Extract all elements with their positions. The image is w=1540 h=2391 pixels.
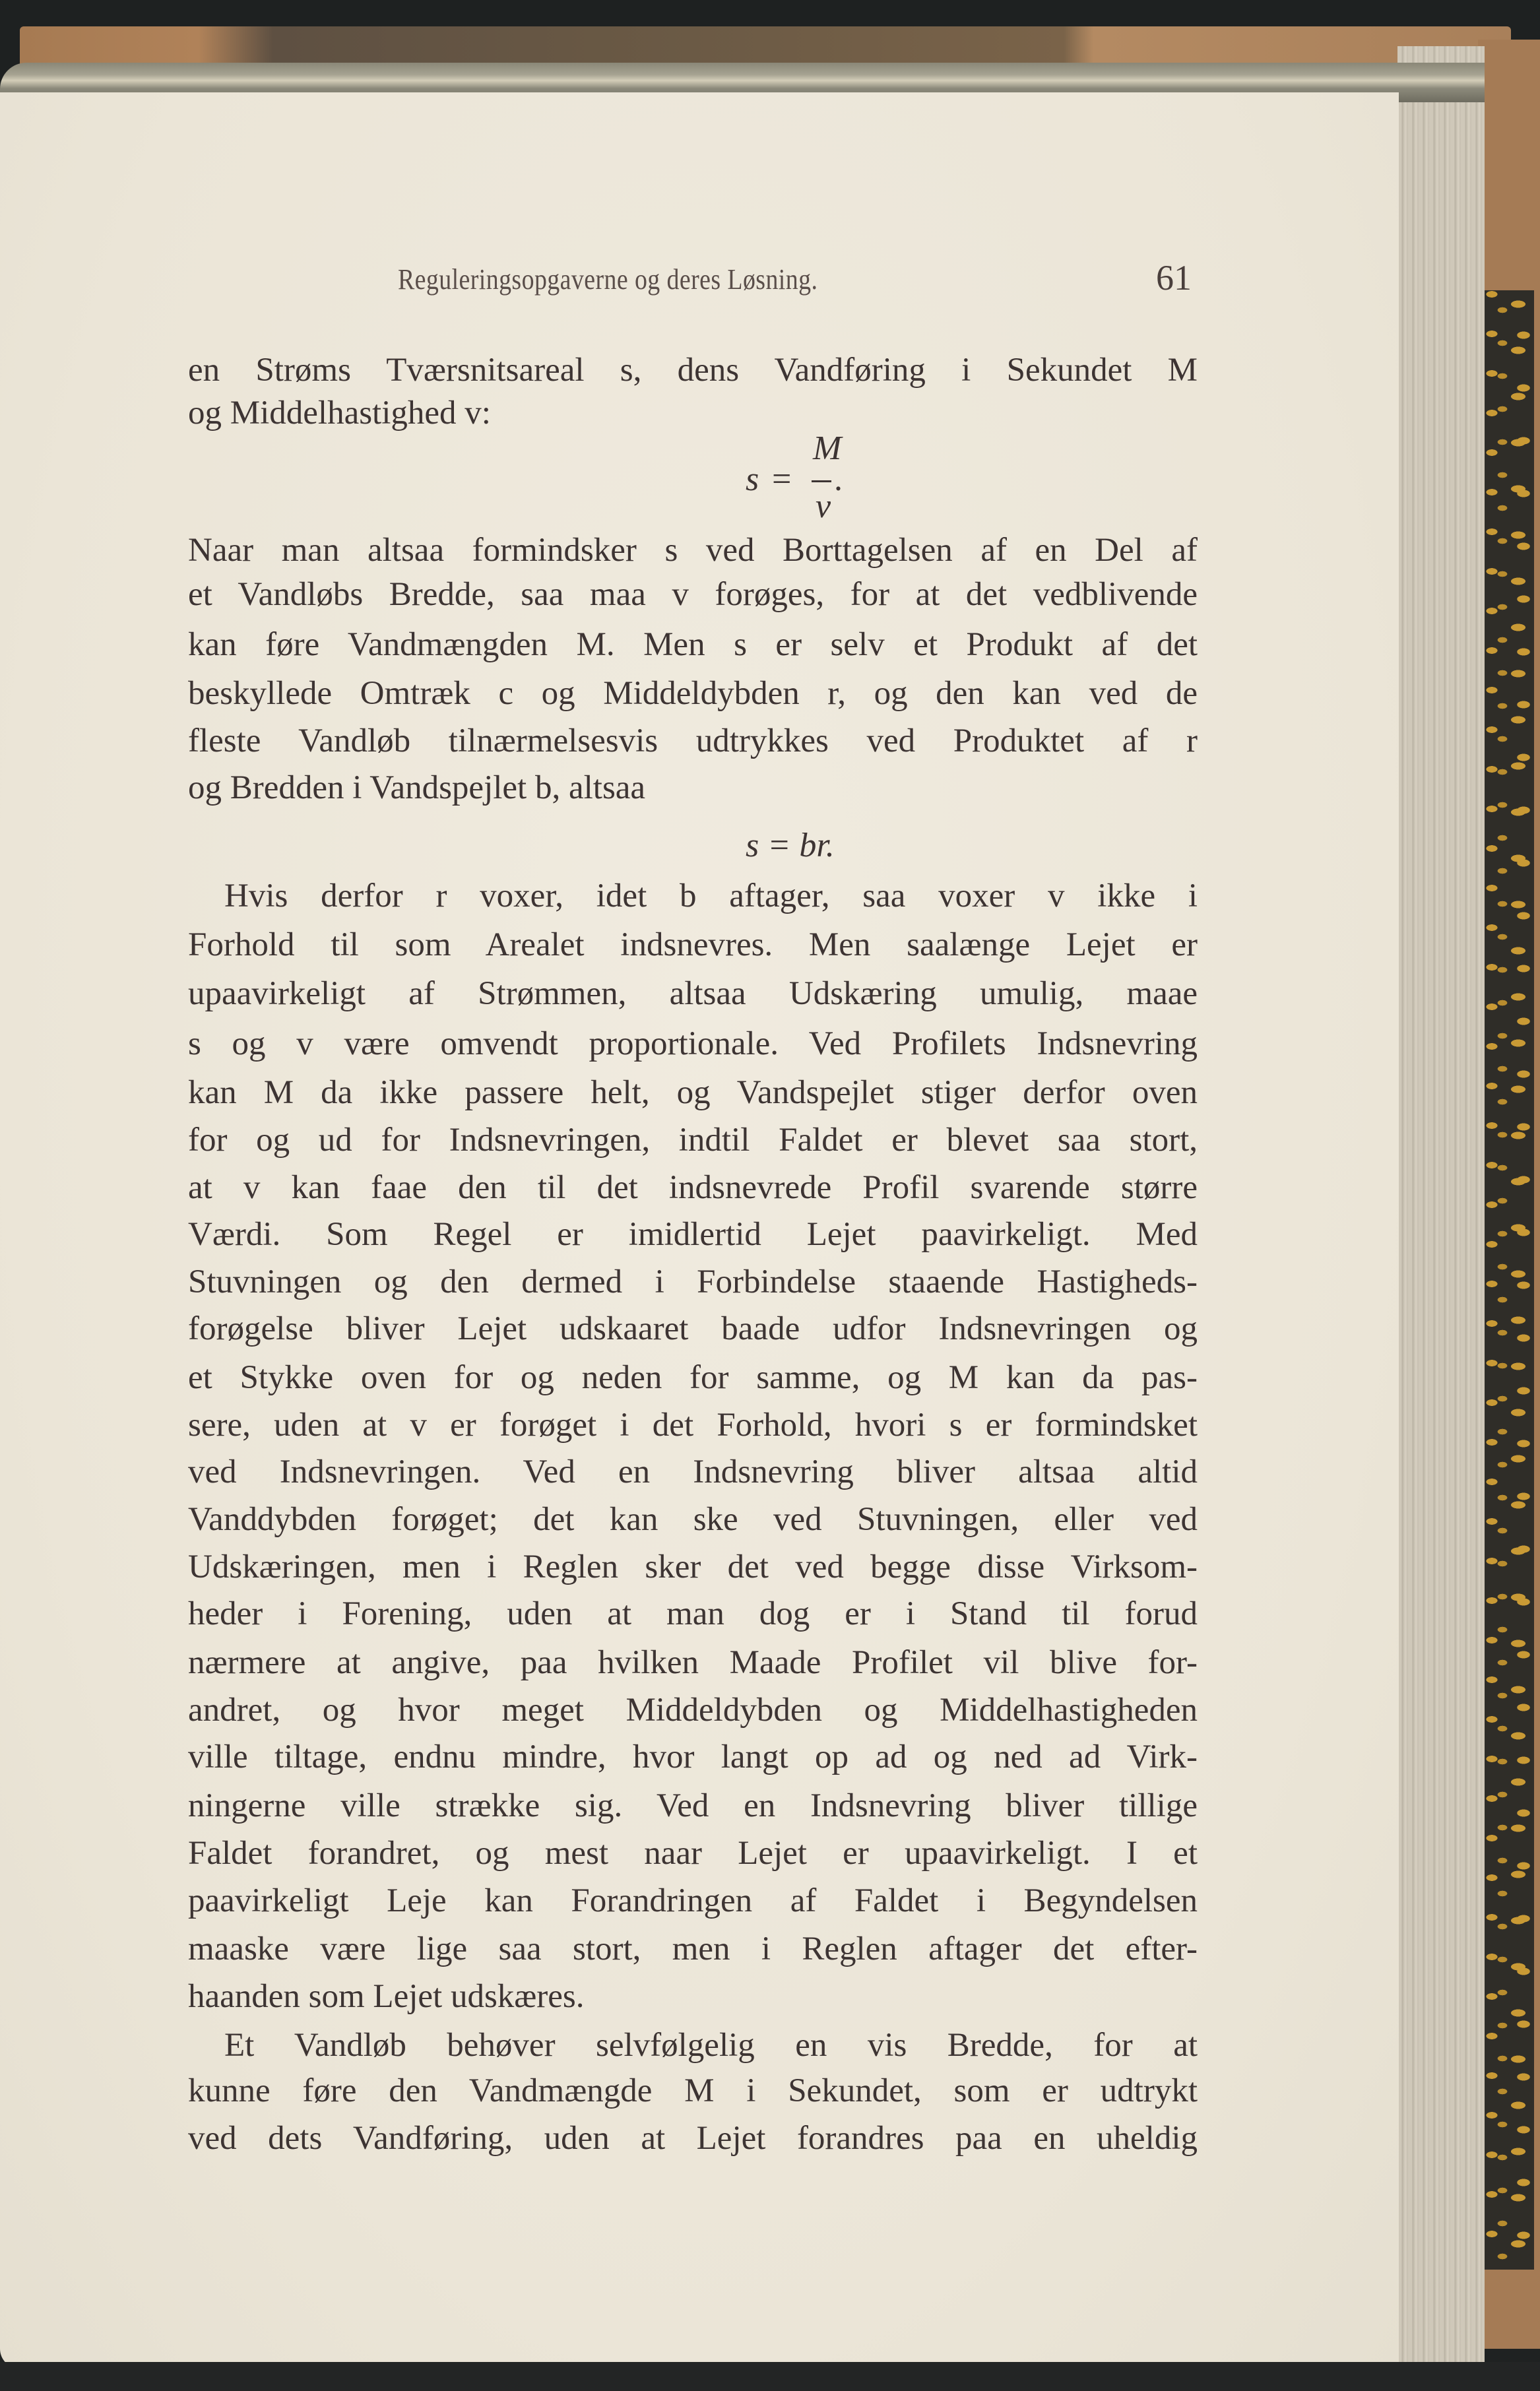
formula-lhs: s <box>746 460 759 499</box>
background-bottom <box>0 2362 1540 2391</box>
text-line: ved dets Vandføring, uden at Lejet foran… <box>188 2119 1198 2158</box>
text-line: fleste Vandløb tilnærmelsesvis udtrykkes… <box>188 721 1198 761</box>
text-line: Naar man altsaa formindsker s ved Bortta… <box>188 530 1198 570</box>
page-stack-edge <box>1397 46 1485 2372</box>
text-line: Hvis derfor r voxer, idet b aftager, saa… <box>224 876 1198 916</box>
text-line: og Bredden i Vandspejlet b, altsaa <box>188 768 1198 808</box>
text-line: nærmere at angive, paa hvilken Maade Pro… <box>188 1643 1198 1682</box>
text-line: andret, og hvor meget Middeldybden og Mi… <box>188 1690 1198 1730</box>
text-line: og Middelhastighed v: <box>188 393 1198 433</box>
text-line: haanden som Lejet udskæres. <box>188 1977 1198 2016</box>
text-line: ville tiltage, endnu mindre, hvor langt … <box>188 1737 1198 1777</box>
text-line: kan M da ikke passere helt, og Vandspejl… <box>188 1073 1198 1112</box>
text-line: for og ud for Indsnevringen, indtil Fald… <box>188 1120 1198 1160</box>
formula-period: . <box>834 460 843 499</box>
text-line: et Stykke oven for og neden for samme, o… <box>188 1358 1198 1397</box>
text-line: Vanddybden forøget; det kan ske ved Stuv… <box>188 1500 1198 1539</box>
text-line: ningerne ville strække sig. Ved en Indsn… <box>188 1786 1198 1826</box>
text-line: en Strøms Tværsnitsareal s, dens Vandfør… <box>188 350 1198 390</box>
text-line: Et Vandløb behøver selvfølgelig en vis B… <box>224 2025 1198 2065</box>
text-line: beskyllede Omtræk c og Middeldybden r, o… <box>188 674 1198 713</box>
page-number: 61 <box>1156 257 1192 298</box>
formula-s-equals-br: s = br. <box>746 826 835 865</box>
text-line: Forhold til som Arealet indsnevres. Men … <box>188 925 1198 965</box>
text-line: Værdi. Som Regel er imidlertid Lejet paa… <box>188 1215 1198 1254</box>
text-line: kan føre Vandmængden M. Men s er selv et… <box>188 625 1198 664</box>
text-line: et Vandløbs Bredde, saa maa v forøges, f… <box>188 575 1198 614</box>
formula-equals: = <box>772 460 791 499</box>
text-line: ved Indsnevringen. Ved en Indsnevring bl… <box>188 1452 1198 1492</box>
text-line: paavirkeligt Leje kan Forandringen af Fa… <box>188 1881 1198 1921</box>
running-head: Reguleringsopgaverne og deres Løsning. <box>398 263 818 296</box>
text-line: sere, uden at v er forøget i det Forhold… <box>188 1405 1198 1445</box>
formula-denominator: v <box>816 487 831 526</box>
text-line: forøgelse bliver Lejet udskaaret baade u… <box>188 1309 1198 1349</box>
text-line: at v kan faae den til det indsnevrede Pr… <box>188 1168 1198 1207</box>
marbled-cover <box>1481 290 1534 2270</box>
text-line: upaavirkeligt af Strømmen, altsaa Udskær… <box>188 974 1198 1013</box>
text-line: kunne føre den Vandmængde M i Sekundet, … <box>188 2071 1198 2111</box>
text-line: Stuvningen og den dermed i Forbindelse s… <box>188 1262 1198 1302</box>
fraction-bar <box>812 480 831 482</box>
text-line: heder i Forening, uden at man dog er i S… <box>188 1594 1198 1634</box>
text-line: Udskæringen, men i Reglen sker det ved b… <box>188 1547 1198 1587</box>
text-line: Faldet forandret, og mest naar Lejet er … <box>188 1833 1198 1873</box>
text-line: s og v være omvendt proportionale. Ved P… <box>188 1024 1198 1064</box>
text-line: maaske være lige saa stort, men i Reglen… <box>188 1929 1198 1969</box>
